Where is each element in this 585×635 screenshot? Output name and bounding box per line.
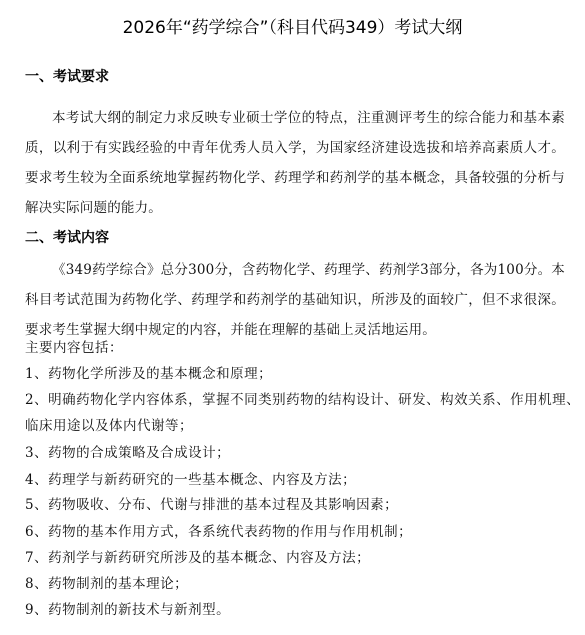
section-heading-content: 二、考试内容: [25, 228, 109, 248]
content-paragraph: 《349药学综合》总分300分，含药物化学、药理学、药剂学3部分，各为100分。…: [25, 255, 565, 345]
list-item: 5、药物吸收、分布、代谢与排泄的基本过程及其影响因素；: [25, 495, 570, 515]
list-item: 7、药剂学与新药研究所涉及的基本概念、内容及方法；: [25, 548, 570, 568]
requirements-paragraph: 本考试大纲的制定力求反映专业硕士学位的特点，注重测评考生的综合能力和基本素质，以…: [25, 103, 565, 223]
document-title: 2026年“药学综合”（科目代码349）考试大纲: [0, 15, 585, 41]
list-item: 6、药物的基本作用方式，各系统代表药物的作用与作用机制；: [25, 522, 570, 542]
list-item: 4、药理学与新药研究的一些基本概念、内容及方法；: [25, 470, 570, 490]
list-item: 9、药物制剂的新技术与新剂型。: [25, 600, 570, 620]
section-heading-requirements: 一、考试要求: [25, 67, 109, 87]
list-item: 2、明确药物化学内容体系，掌握不同类别药物的结构设计、研发、构效关系、作用机理、: [25, 390, 570, 410]
list-item: 3、药物的合成策略及合成设计；: [25, 443, 570, 463]
list-item: 8、药物制剂的基本理论；: [25, 574, 570, 594]
list-item: 1、药物化学所涉及的基本概念和原理；: [25, 364, 570, 384]
list-item-continuation: 临床用途以及体内代谢等；: [25, 416, 570, 436]
list-intro: 主要内容包括：: [25, 338, 570, 358]
